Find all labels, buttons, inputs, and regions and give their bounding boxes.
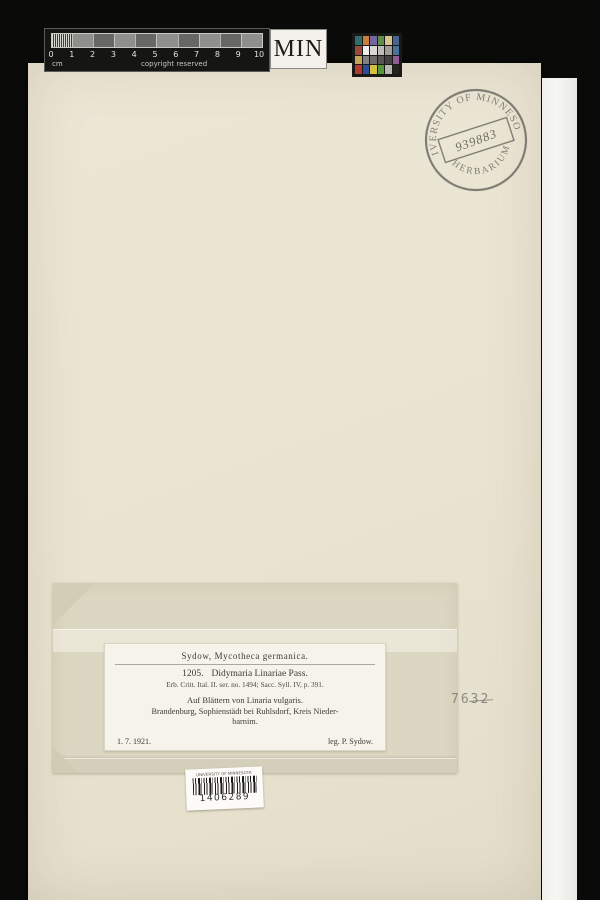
label-substrate: Auf Blättern von Linaria vulgaris. [115, 695, 375, 705]
color-swatch [393, 36, 400, 45]
ruler-numbers: 012345678910 [46, 50, 264, 59]
ruler-number: 10 [254, 50, 264, 59]
label-collector: leg. P. Sydow. [328, 737, 373, 746]
ruler-copyright-label: copyright reserved [141, 60, 207, 68]
ruler-number: 5 [150, 50, 160, 59]
color-calibration-card [352, 33, 402, 77]
color-swatch [370, 65, 377, 74]
ruler-unit-label: cm [52, 60, 63, 68]
color-swatch [363, 65, 370, 74]
color-swatch [370, 46, 377, 55]
color-swatch [393, 46, 400, 55]
color-swatch [363, 46, 370, 55]
herbarium-code-card: MIN [270, 29, 327, 69]
packet-fold-corner-bottom [53, 747, 79, 773]
color-swatch [378, 56, 385, 65]
color-swatch [385, 46, 392, 55]
ruler-number: 6 [171, 50, 181, 59]
label-series-title: Sydow, Mycotheca germanica. [115, 651, 375, 661]
label-species-name: Didymaria Linariae Pass. [212, 669, 308, 679]
color-swatch [378, 36, 385, 45]
sheet-number-stamp: 7632 [451, 692, 490, 707]
color-swatch [385, 36, 392, 45]
color-swatch [378, 65, 385, 74]
ruler-number: 4 [129, 50, 139, 59]
color-swatch [355, 56, 362, 65]
label-reference: Erb. Critt. Ital. II. ser. no. 1494; Sac… [115, 680, 375, 689]
label-locality: Brandenburg, Sophienstädt bei Ruhlsdorf,… [115, 707, 375, 728]
specimen-photo: 012345678910 cm copyright reserved MIN U… [0, 0, 600, 900]
barcode-label: UNIVERSITY OF MINNESOTA 1406289 [185, 766, 264, 810]
ruler-number: 8 [212, 50, 222, 59]
color-swatch [370, 36, 377, 45]
color-swatch [370, 56, 377, 65]
ruler-number: 0 [46, 50, 56, 59]
ruler-number: 9 [233, 50, 243, 59]
color-swatch [363, 36, 370, 45]
color-swatch [393, 56, 400, 65]
exsiccata-label: Sydow, Mycotheca germanica. 1205.Didymar… [104, 643, 386, 751]
herbarium-code-label: MIN [274, 36, 324, 63]
label-species-line: 1205.Didymaria Linariae Pass. [115, 669, 375, 679]
color-swatch [355, 65, 362, 74]
stamp-accession-number: 939883 [453, 126, 499, 154]
label-collection-number: 1205. [182, 669, 203, 679]
specimen-packet: Sydow, Mycotheca germanica. 1205.Didymar… [53, 583, 457, 773]
packet-fold-corner [53, 583, 95, 625]
color-swatch [385, 56, 392, 65]
color-swatch [355, 46, 362, 55]
color-card-grid [355, 36, 399, 74]
label-footer: 1. 7. 1921. leg. P. Sydow. [115, 737, 375, 746]
barcode-number: 1406289 [190, 791, 259, 804]
label-divider [115, 664, 375, 665]
ruler-number: 7 [192, 50, 202, 59]
ruler-number: 1 [67, 50, 77, 59]
color-swatch [378, 46, 385, 55]
adjacent-paper-strip [542, 78, 577, 900]
ruler-number: 2 [88, 50, 98, 59]
color-swatch [393, 65, 400, 74]
label-date: 1. 7. 1921. [117, 737, 151, 746]
color-swatch [363, 56, 370, 65]
scale-bar: 012345678910 cm copyright reserved [44, 28, 270, 72]
scale-bar-segments [51, 33, 263, 48]
color-swatch [355, 36, 362, 45]
scale-segment-mm [52, 34, 72, 47]
ruler-number: 3 [108, 50, 118, 59]
color-swatch [385, 65, 392, 74]
